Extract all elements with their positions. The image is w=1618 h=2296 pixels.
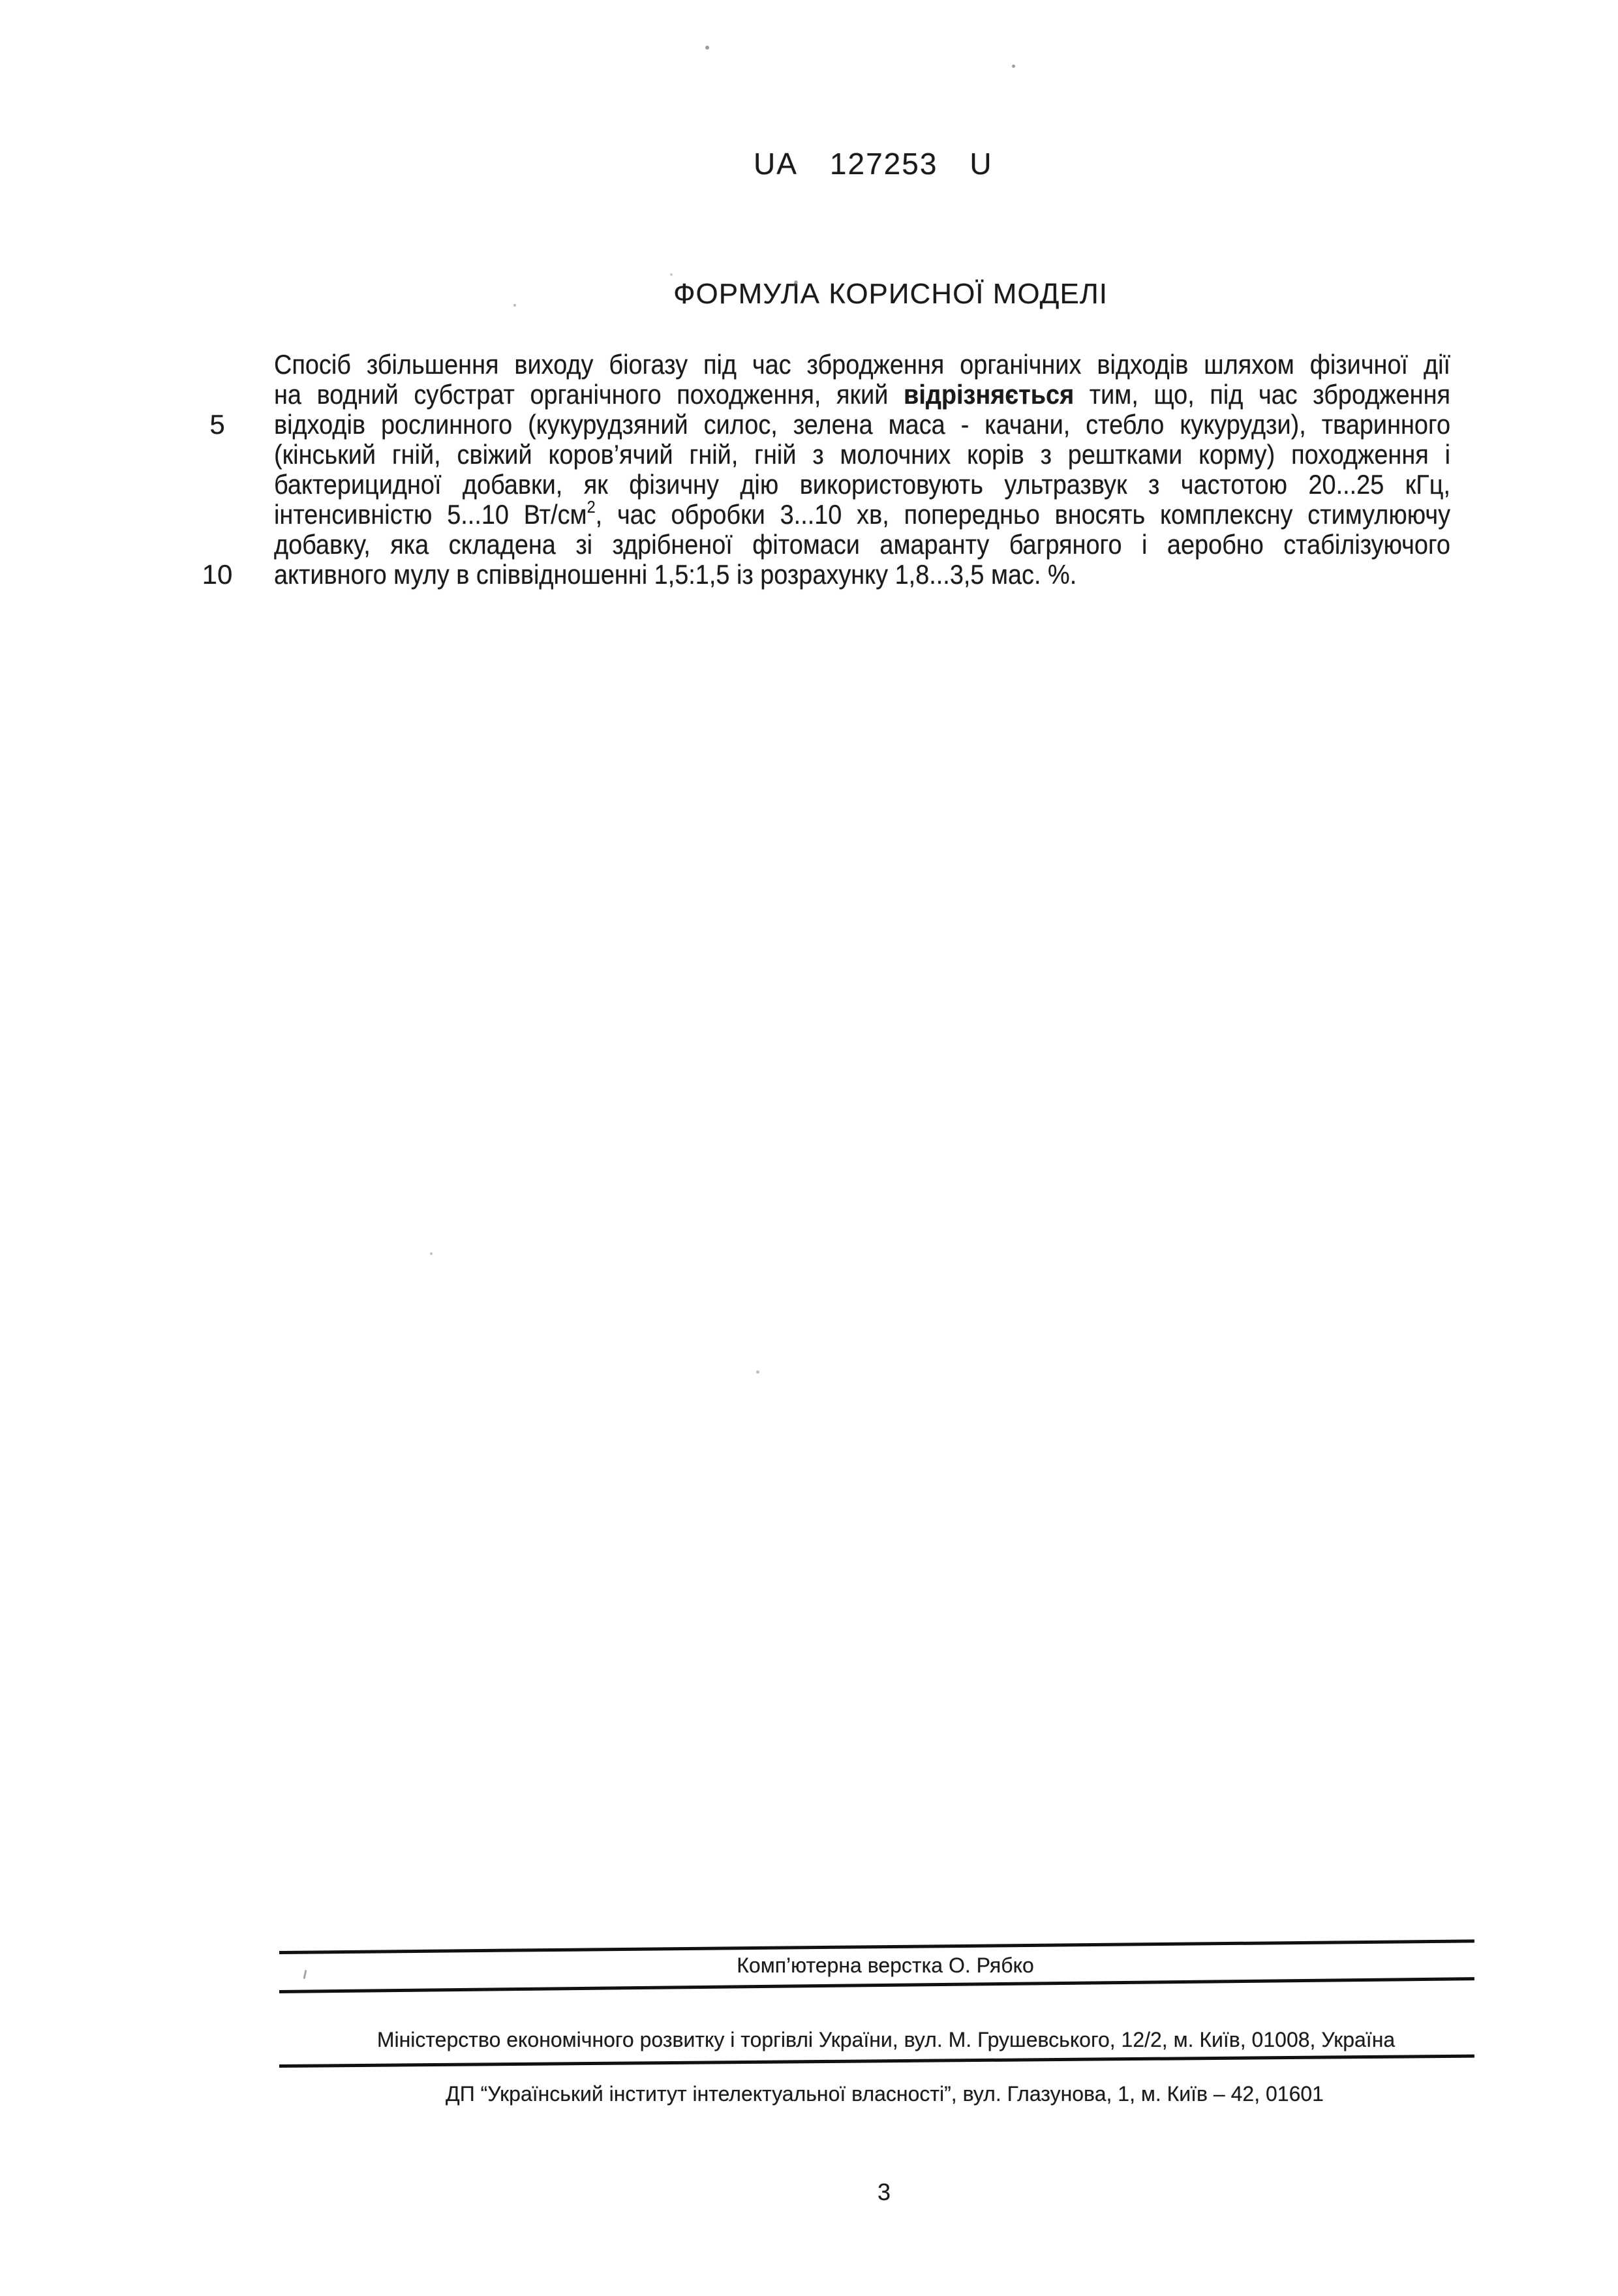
footer-rule-middle [279, 1977, 1474, 1993]
typesetting-credit: Комп’ютерна верстка О. Рябко [737, 1954, 1033, 1978]
claim-line: бактерицидної добавки, як фізичну дію ви… [274, 470, 1450, 500]
scan-speck [1012, 65, 1015, 68]
publication-code: UA127253U [754, 146, 993, 181]
margin-line-number-10: 10 [196, 560, 239, 590]
scan-speck [705, 46, 709, 50]
claim-line: інтенсивністю 5...10 Вт/см2, час обробки… [274, 500, 1450, 530]
scan-speck [513, 304, 516, 307]
margin-line-number-5: 5 [196, 410, 239, 440]
claim-line: на водний субстрат органічного походженн… [274, 380, 1450, 410]
kind-code: U [969, 146, 992, 181]
ministry-address: Міністерство економічного розвитку і тор… [377, 2028, 1395, 2052]
country-code: UA [754, 146, 798, 181]
claim-bold-term: відрізняється [904, 379, 1074, 410]
scan-speck [430, 1252, 433, 1255]
claim-line: добавку, яка складена зі здрібненої фіто… [274, 530, 1450, 560]
publication-number: 127253 [830, 146, 938, 181]
scan-speck [303, 1970, 307, 1979]
scan-speck [756, 1370, 759, 1374]
footer-rule-top [279, 1939, 1474, 1954]
footer-rule-bottom [279, 2055, 1474, 2068]
scan-speck [670, 273, 673, 276]
claims-text: Спосіб збільшення виходу біогазу під час… [274, 350, 1450, 590]
section-title: ФОРМУЛА КОРИСНОЇ МОДЕЛІ [673, 278, 1108, 310]
claim-line: (кінський гній, свіжий коров’ячий гній, … [274, 440, 1450, 470]
patent-document-page: UA127253U ФОРМУЛА КОРИСНОЇ МОДЕЛІ 5 10 С… [0, 0, 1618, 2296]
page-number: 3 [878, 2179, 891, 2206]
superscript-2: 2 [587, 497, 596, 517]
claim-line: Спосіб збільшення виходу біогазу під час… [274, 350, 1450, 380]
claim-line: відходів рослинного (кукурудзяний силос,… [274, 410, 1450, 440]
claim-line: активного мулу в співвідношенні 1,5:1,5 … [274, 560, 1450, 590]
institute-address: ДП “Український інститут інтелектуальної… [446, 2082, 1324, 2106]
